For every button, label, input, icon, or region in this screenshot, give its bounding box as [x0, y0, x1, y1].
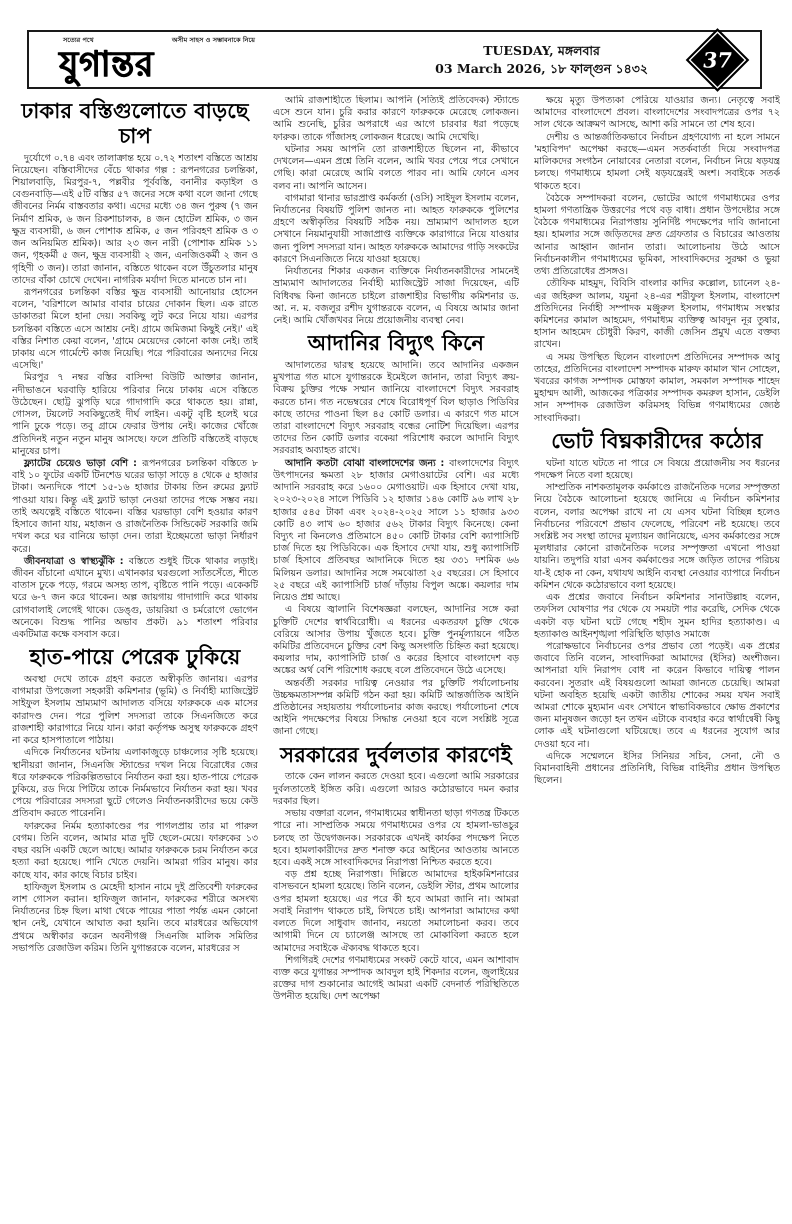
dateline: TUESDAY, মঙ্গলবার 03 March 2026, ১৮ ফাল্…	[435, 41, 648, 77]
columns: ঢাকার বস্তিগুলোতে বাড়ছে চাপদুর্যোগে ০.৭…	[12, 95, 780, 1207]
article-paragraph: এ বিষয়ে জ্বালানি বিশেষজ্ঞরা বলছেন, আদান…	[273, 604, 519, 677]
article-paragraph: সভায় বক্তারা বলেন, গণমাধ্যমের স্বাধীনতা…	[273, 808, 519, 869]
article-paragraph: হাফিজুল ইসলাম ও মেহেদী হাসান নামে দুই প্…	[12, 882, 258, 955]
article-headline: হাত-পায়ে পেরেক ঢুকিয়ে	[12, 645, 258, 670]
page-number: 37	[701, 47, 734, 72]
article-paragraph: পরোক্ষভাবে নির্বাচনের ওপর প্রভাব তো পড়ে…	[534, 641, 780, 751]
article-paragraph: আমি রাজশাহীতে ছিলাম। আপনি (সত্যিই প্রতিব…	[273, 95, 519, 144]
article-paragraph: তাকে কেন লালন করতে দেওয়া হবে। এগুলো আমি…	[273, 771, 519, 808]
article-paragraph: দুর্যোগে ০.৭৪ এবং তালাক্রান্ত হয়ে ০.৭২ …	[12, 153, 258, 287]
article-paragraph: আদানি কতটা বোঝা বাংলাদেশের জন্য : বাংলাদ…	[273, 458, 519, 605]
article-paragraph: আদালতের দ্বারস্থ হয়েছে আদানি। তবে আদানি…	[273, 360, 519, 458]
article-headline: ভোট বিঘ্নকারীদের কঠোর	[534, 429, 780, 454]
article-headline: ঢাকার বস্তিগুলোতে বাড়ছে চাপ	[12, 99, 258, 149]
article-paragraph: এদিকে নির্যাতনের ঘটনায় এলাকাজুড়ে চাঞ্চ…	[12, 747, 258, 820]
paragraph-lead: ফ্ল্যাটের চেয়েও ভাড়া বেশি :	[24, 458, 142, 469]
article-paragraph: জীবনযাত্রা ও স্বাস্থ্যঝুঁকি : বস্তিতে শু…	[12, 556, 258, 642]
article-paragraph: বৈঠকে সম্পাদকরা বলেন, ভোটের আগে গণমাধ্যম…	[534, 193, 780, 279]
article-paragraph: শিগগিরই দেশের গণমাধ্যমের সংকট কেটে যাবে,…	[273, 955, 519, 1004]
article-paragraph: এদিকে সম্মেলনে ইসির সিনিয়র সচিব, সেনা, …	[534, 751, 780, 788]
article-paragraph: এ সময় উপস্থিত ছিলেন বাংলাদেশ প্রতিদিনের…	[534, 352, 780, 425]
paragraph-lead: জীবনযাত্রা ও স্বাস্থ্যঝুঁকি :	[24, 556, 129, 567]
article-paragraph: নির্যাতনের শিকার একজন ব্যক্তিকে নির্যাতন…	[273, 266, 519, 327]
dateline-date: 03 March 2026, ১৮ ফাল্গুন ১৪৩২	[435, 60, 648, 78]
article-paragraph: দেশীয় ও আন্তর্জাতিকভাবে নির্বাচন গ্রহণয…	[534, 132, 780, 193]
column-left: ঢাকার বস্তিগুলোতে বাড়ছে চাপদুর্যোগে ০.৭…	[12, 95, 258, 1207]
article-paragraph: বাগমারা থানার ভারপ্রাপ্ত কর্মকর্তা (ওসি)…	[273, 193, 519, 266]
newspaper-logo: সত্যের পথে অসীম সাহস ও সম্ভাবনাকে নিয়ে …	[59, 35, 259, 79]
article-paragraph: ফারুকের নির্মম হত্যাকাণ্ডের পর পাগলপ্রায…	[12, 821, 258, 882]
article-paragraph: ফ্ল্যাটের চেয়েও ভাড়া বেশি : রূপনগরের চ…	[12, 458, 258, 556]
article-paragraph: ক্ষয়ে মৃত্যু উপত্যকা পেরিয়ে যাওয়ার জন…	[534, 95, 780, 132]
article-headline: আদানির বিদ্যুৎ কিনে	[273, 331, 519, 356]
newspaper-page: সত্যের পথে অসীম সাহস ও সম্ভাবনাকে নিয়ে …	[0, 0, 792, 1224]
article-paragraph: ঘটনার সময় আপনি তো রাজশাহীতে ছিলেন না, ক…	[273, 144, 519, 193]
paragraph-lead: আদানি কতটা বোঝা বাংলাদেশের জন্য :	[285, 458, 449, 469]
article-paragraph: রূপনগরের চলন্তিকা বস্তির ক্ষুদ্র ব্যবসায…	[12, 287, 258, 373]
article-paragraph: এক প্রশ্নের জবাবে নির্বাচন কমিশনার সানাউ…	[534, 592, 780, 641]
article-paragraph: ঘটনা যাতে ঘটতে না পারে সে বিষয়ে প্রয়োজ…	[534, 458, 780, 482]
column-right: ক্ষয়ে মৃত্যু উপত্যকা পেরিয়ে যাওয়ার জন…	[534, 95, 780, 1207]
masthead: সত্যের পথে অসীম সাহস ও সম্ভাবনাকে নিয়ে …	[27, 30, 762, 89]
article-paragraph: মিরপুর ৭ নম্বর বস্তির বাসিন্দা বিউটি আক্…	[12, 372, 258, 458]
column-middle: আমি রাজশাহীতে ছিলাম। আপনি (সত্যিই প্রতিব…	[273, 95, 519, 1207]
dateline-weekday: TUESDAY, মঙ্গলবার	[435, 41, 648, 59]
article-paragraph: অবস্থা দেখে তাকে গ্রহণ করতে অস্বীকৃতি জা…	[12, 674, 258, 747]
masthead-tagline-right: অসীম সাহস ও সম্ভাবনাকে নিয়ে	[172, 35, 255, 46]
article-paragraph: সাম্প্রতিক নাশকতামূলক কর্মকাণ্ডে রাজনৈতি…	[534, 482, 780, 592]
article-paragraph: অন্তর্বর্তী সরকার দায়িত্ব নেওয়ার পর চু…	[273, 678, 519, 739]
article-headline: সরকারের দুর্বলতার কারণেই	[273, 743, 519, 768]
article-paragraph: তৌফিক মাহমুদ, বিবিসি বাংলার কাদির কল্লোল…	[534, 278, 780, 351]
page-number-badge: 37	[689, 31, 747, 89]
article-paragraph: বড় প্রশ্ন হচ্ছে নিরাপত্তা। দিল্লিতে আমা…	[273, 869, 519, 955]
newspaper-logo-text: যুগান্তর	[59, 46, 259, 82]
